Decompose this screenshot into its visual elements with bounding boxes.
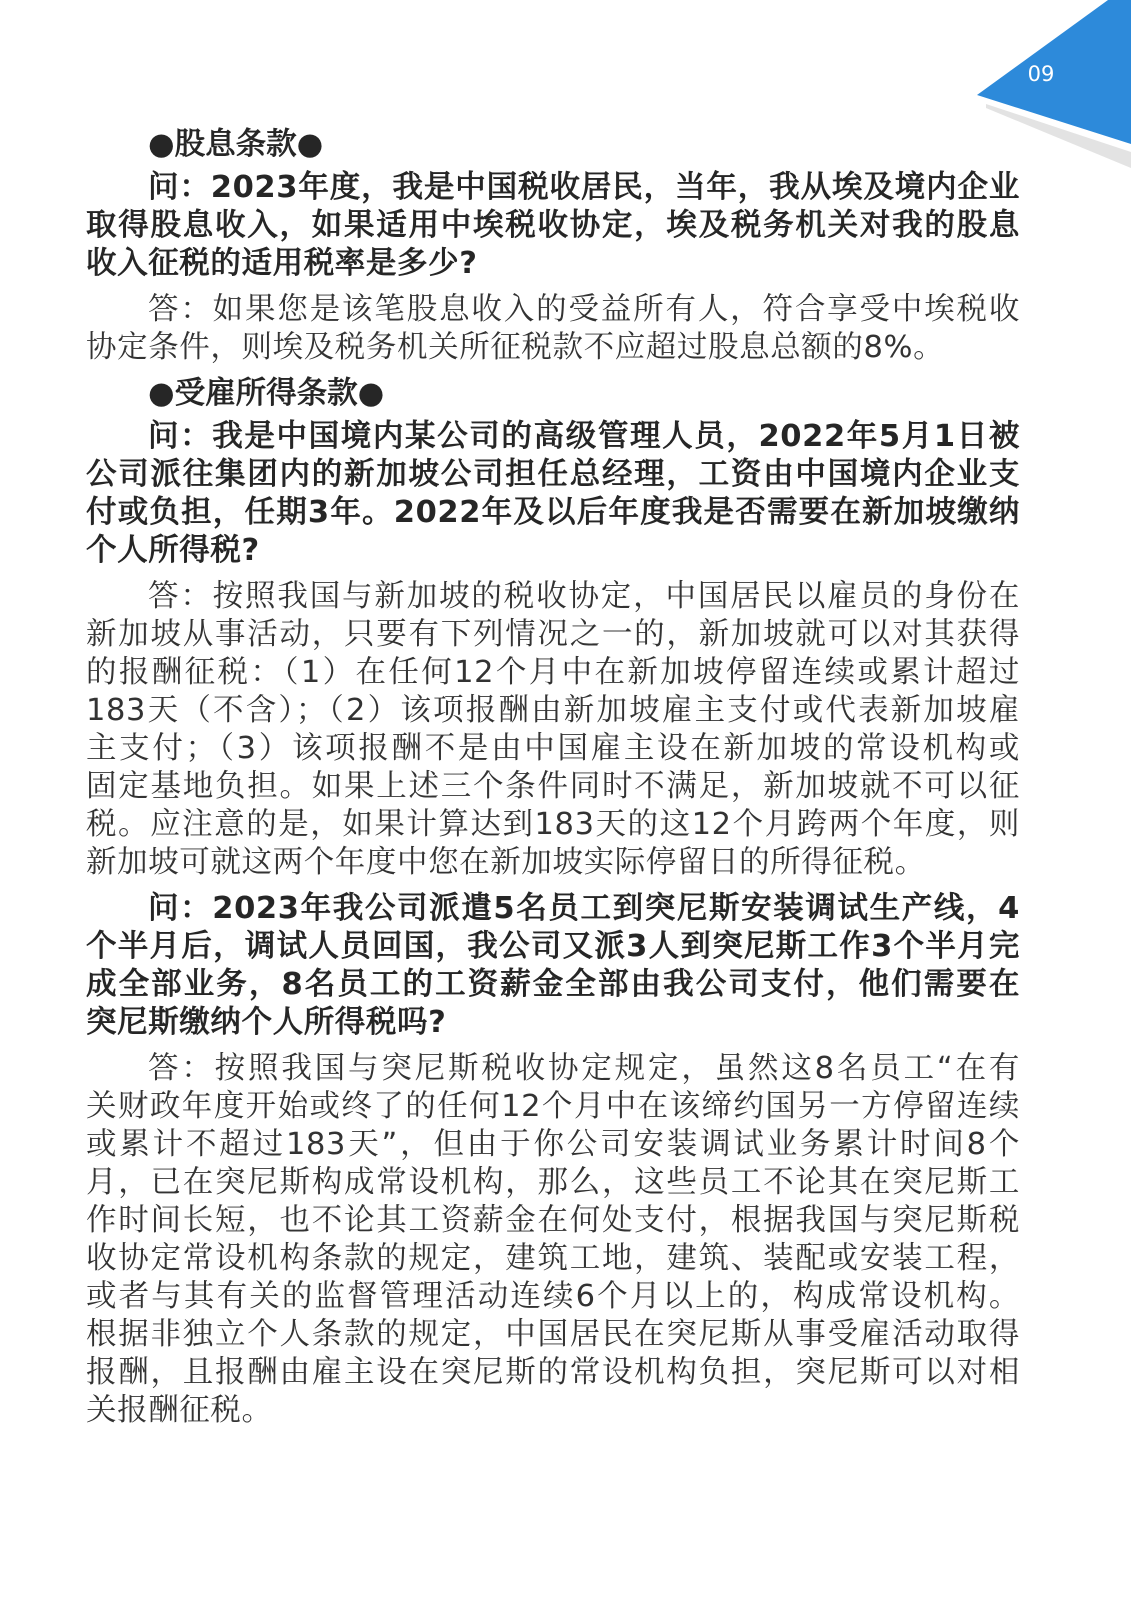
answer-line: 答：按照我国与突尼斯税收协定规定，虽然这8名员工“在有 [86,1050,1020,1088]
answer-line: 税。应注意的是，如果计算达到183天的这12个月跨两个年度，则 [86,806,1020,844]
answer-line: 根据非独立个人条款的规定，中国居民在突尼斯从事受雇活动取得 [86,1316,1020,1354]
answer-line: 或累计不超过183天”，但由于你公司安装调试业务累计时间8个 [86,1126,1020,1164]
question-line: 收入征税的适用税率是多少? [86,245,1020,283]
answer-line: 报酬，且报酬由雇主设在突尼斯的常设机构负担，突尼斯可以对相 [86,1354,1020,1392]
answer-line: 新加坡从事活动，只要有下列情况之一的，新加坡就可以对其获得 [86,616,1020,654]
question-block: 问：我是中国境内某公司的高级管理人员，2022年5月1日被 公司派往集团内的新加… [86,418,1046,570]
question-line: 公司派往集团内的新加坡公司担任总经理，工资由中国境内企业支 [86,456,1020,494]
section-employment-income: ●受雇所得条款● 问：我是中国境内某公司的高级管理人员，2022年5月1日被 公… [86,375,1046,1430]
question-line: 成全部业务，8名员工的工资薪金全部由我公司支付，他们需要在 [86,966,1020,1004]
answer-line: 作时间长短，也不论其工资薪金在何处支付，根据我国与突尼斯税 [86,1202,1020,1240]
question-line: 个半月后，调试人员回国，我公司又派3人到突尼斯工作3个半月完 [86,928,1020,966]
question-line: 突尼斯缴纳个人所得税吗? [86,1004,1020,1042]
document-body: ●股息条款● 问：2023年度，我是中国税收居民，当年，我从埃及境内企业 取得股… [86,126,1046,1430]
answer-line: 月，已在突尼斯构成常设机构，那么，这些员工不论其在突尼斯工 [86,1164,1020,1202]
page-number: 09 [1018,62,1064,86]
answer-line: 协定条件，则埃及税务机关所征税款不应超过股息总额的8%。 [86,329,1020,367]
answer-line: 183天（不含）；（2）该项报酬由新加坡雇主支付或代表新加坡雇 [86,692,1020,730]
answer-line: 主支付；（3）该项报酬不是由中国雇主设在新加坡的常设机构或 [86,730,1020,768]
answer-line: 固定基地负担。如果上述三个条件同时不满足，新加坡就不可以征 [86,768,1020,806]
answer-block: 答：按照我国与突尼斯税收协定规定，虽然这8名员工“在有 关财政年度开始或终了的任… [86,1050,1046,1430]
answer-line: 关财政年度开始或终了的任何12个月中在该缔约国另一方停留连续 [86,1088,1020,1126]
answer-block: 答：按照我国与新加坡的税收协定，中国居民以雇员的身份在 新加坡从事活动，只要有下… [86,578,1046,882]
question-line: 问：2023年我公司派遣5名员工到突尼斯安装调试生产线，4 [86,890,1020,928]
question-block: 问：2023年度，我是中国税收居民，当年，我从埃及境内企业 取得股息收入，如果适… [86,169,1046,283]
question-line: 问：2023年度，我是中国税收居民，当年，我从埃及境内企业 [86,169,1020,207]
answer-block: 答：如果您是该笔股息收入的受益所有人，符合享受中埃税收 协定条件，则埃及税务机关… [86,291,1046,367]
question-line: 付或负担，任期3年。2022年及以后年度我是否需要在新加坡缴纳 [86,494,1020,532]
section-heading: ●受雇所得条款● [86,375,1046,413]
answer-line: 收协定常设机构条款的规定，建筑工地，建筑、装配或安装工程， [86,1240,1020,1278]
answer-line: 或者与其有关的监督管理活动连续6个月以上的，构成常设机构。 [86,1278,1020,1316]
answer-line: 新加坡可就这两个年度中您在新加坡实际停留日的所得征税。 [86,844,1020,882]
answer-line: 关报酬征税。 [86,1392,1020,1430]
section-heading: ●股息条款● [86,126,1046,164]
question-line: 取得股息收入，如果适用中埃税收协定，埃及税务机关对我的股息 [86,207,1020,245]
answer-line: 答：按照我国与新加坡的税收协定，中国居民以雇员的身份在 [86,578,1020,616]
section-dividends: ●股息条款● 问：2023年度，我是中国税收居民，当年，我从埃及境内企业 取得股… [86,126,1046,367]
answer-line: 的报酬征税：（1）在任何12个月中在新加坡停留连续或累计超过 [86,654,1020,692]
question-line: 个人所得税? [86,532,1020,570]
question-block: 问：2023年我公司派遣5名员工到突尼斯安装调试生产线，4 个半月后，调试人员回… [86,890,1046,1042]
question-line: 问：我是中国境内某公司的高级管理人员，2022年5月1日被 [86,418,1020,456]
answer-line: 答：如果您是该笔股息收入的受益所有人，符合享受中埃税收 [86,291,1020,329]
